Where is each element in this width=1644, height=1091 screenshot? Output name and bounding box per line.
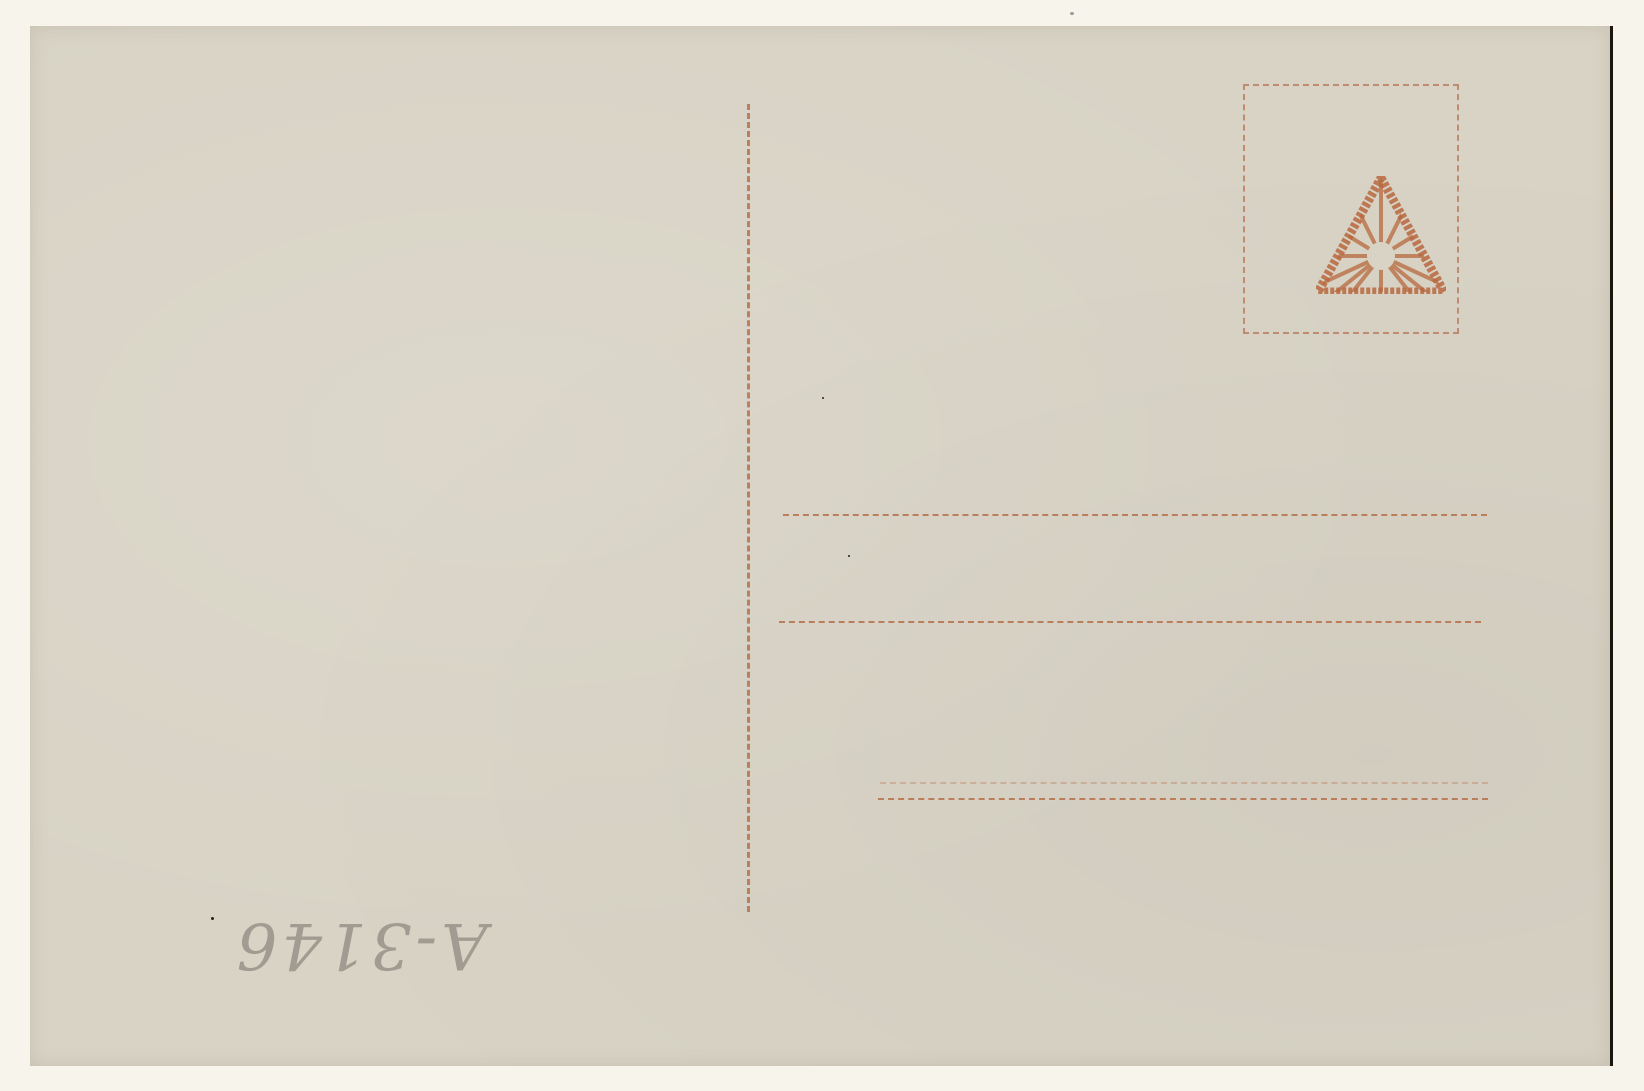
address-line-3-upper xyxy=(880,782,1488,784)
pencil-catalog-note: A-3146 xyxy=(180,905,540,985)
speck xyxy=(211,917,214,920)
triangle-sunburst-logo-icon xyxy=(1316,176,1446,294)
message-address-divider xyxy=(747,104,750,912)
speck xyxy=(848,555,850,557)
speck xyxy=(1070,12,1074,15)
address-line-3 xyxy=(878,798,1488,800)
speck xyxy=(822,397,824,399)
address-line-2 xyxy=(779,621,1481,623)
address-line-1 xyxy=(783,514,1487,516)
